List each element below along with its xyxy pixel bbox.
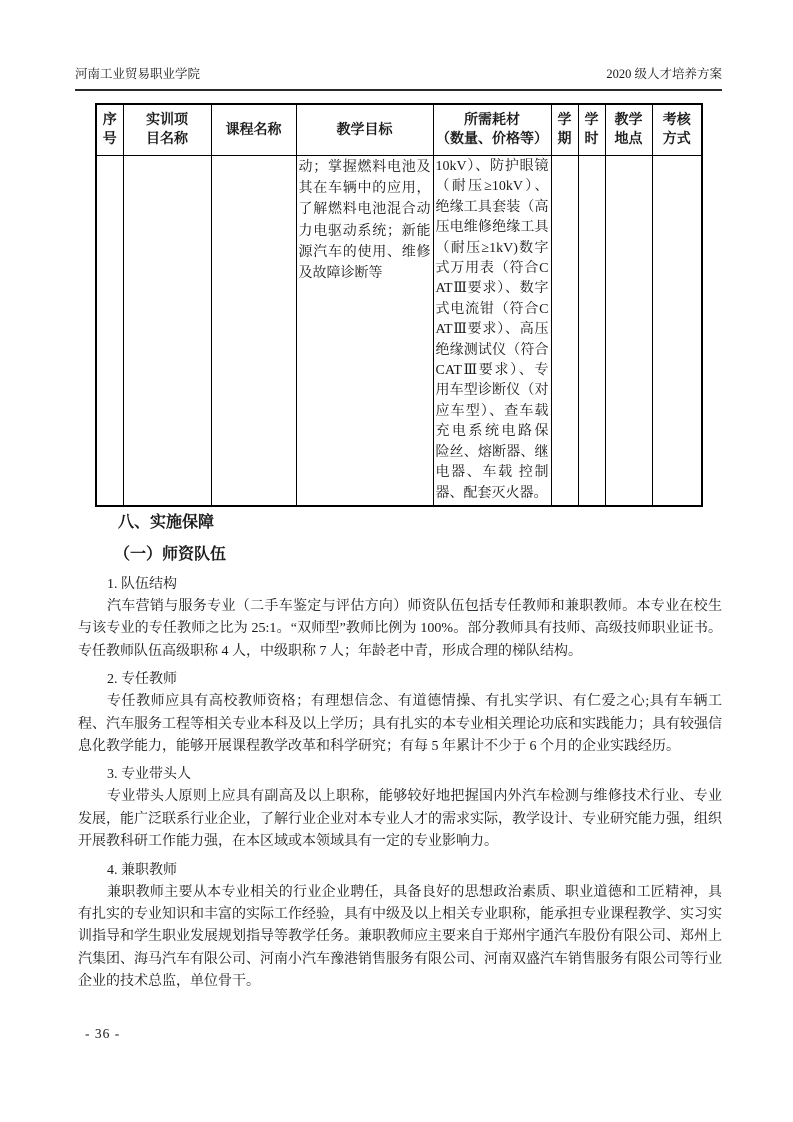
col-header-hours: 学时 — [578, 104, 605, 156]
paragraph-parttime-teachers: 兼职教师主要从本专业相关的行业企业聘任，具备良好的思想政治素质、职业道德和工匠精… — [78, 882, 722, 994]
cell-seq — [96, 156, 123, 506]
cell-materials: 10kV）、防护眼镜（耐压≥10kV）、绝缘工具套装（高压电维修绝缘工具（耐压≥… — [433, 156, 551, 506]
col-header-seq: 序号 — [96, 104, 123, 156]
header-school-name: 河南工业贸易职业学院 — [75, 66, 200, 82]
col-header-assessment: 考核 方式 — [652, 104, 702, 156]
col-header-project: 实训项 目名称 — [123, 104, 211, 156]
cell-semester — [551, 156, 578, 506]
cell-objective: 动；掌握燃料电池及其在车辆中的应用，了解燃料电池混合动力电驱动系统；新能源汽车的… — [296, 156, 433, 506]
table-header-row: 序号 实训项 目名称 课程名称 教学目标 所需耗材 （数量、价格等） 学期 学时… — [96, 104, 702, 156]
training-table: 序号 实训项 目名称 课程名称 教学目标 所需耗材 （数量、价格等） 学期 学时… — [95, 103, 703, 507]
cell-project — [123, 156, 211, 506]
cell-location — [605, 156, 652, 506]
section-heading-implementation-guarantee: 八、实施保障 — [78, 512, 722, 534]
col-header-objective: 教学目标 — [296, 104, 433, 156]
col-header-location: 教学 地点 — [605, 104, 652, 156]
col-header-semester: 学期 — [551, 104, 578, 156]
col-header-materials: 所需耗材 （数量、价格等） — [433, 104, 551, 156]
col-header-course: 课程名称 — [211, 104, 296, 156]
paragraph-program-leader: 专业带头人原则上应具有副高及以上职称，能够较好地把握国内外汽车检测与维修技术行业… — [78, 786, 722, 853]
item-title-program-leader: 3. 专业带头人 — [78, 764, 722, 786]
table-row: 动；掌握燃料电池及其在车辆中的应用，了解燃料电池混合动力电驱动系统；新能源汽车的… — [96, 156, 702, 506]
item-title-team-structure: 1. 队伍结构 — [78, 574, 722, 596]
header-plan-name: 2020 级人才培养方案 — [606, 66, 722, 82]
item-title-parttime-teachers: 4. 兼职教师 — [78, 860, 722, 882]
document-body: 八、实施保障 （一）师资队伍 1. 队伍结构 汽车营销与服务专业（二手车鉴定与评… — [78, 512, 722, 994]
paragraph-team-structure: 汽车营销与服务专业（二手车鉴定与评估方向）师资队伍包括专任教师和兼职教师。本专业… — [78, 596, 722, 663]
cell-assessment — [652, 156, 702, 506]
page-number: - 36 - — [85, 1026, 120, 1042]
cell-course — [211, 156, 296, 506]
paragraph-fulltime-teachers: 专任教师应具有高校教师资格；有理想信念、有道德情操、有扎实学识、有仁爱之心;具有… — [78, 691, 722, 758]
subsection-heading-faculty-team: （一）师资队伍 — [78, 544, 722, 566]
page-header: 河南工业贸易职业学院 2020 级人才培养方案 — [75, 66, 722, 91]
cell-hours — [578, 156, 605, 506]
item-title-fulltime-teachers: 2. 专任教师 — [78, 669, 722, 691]
